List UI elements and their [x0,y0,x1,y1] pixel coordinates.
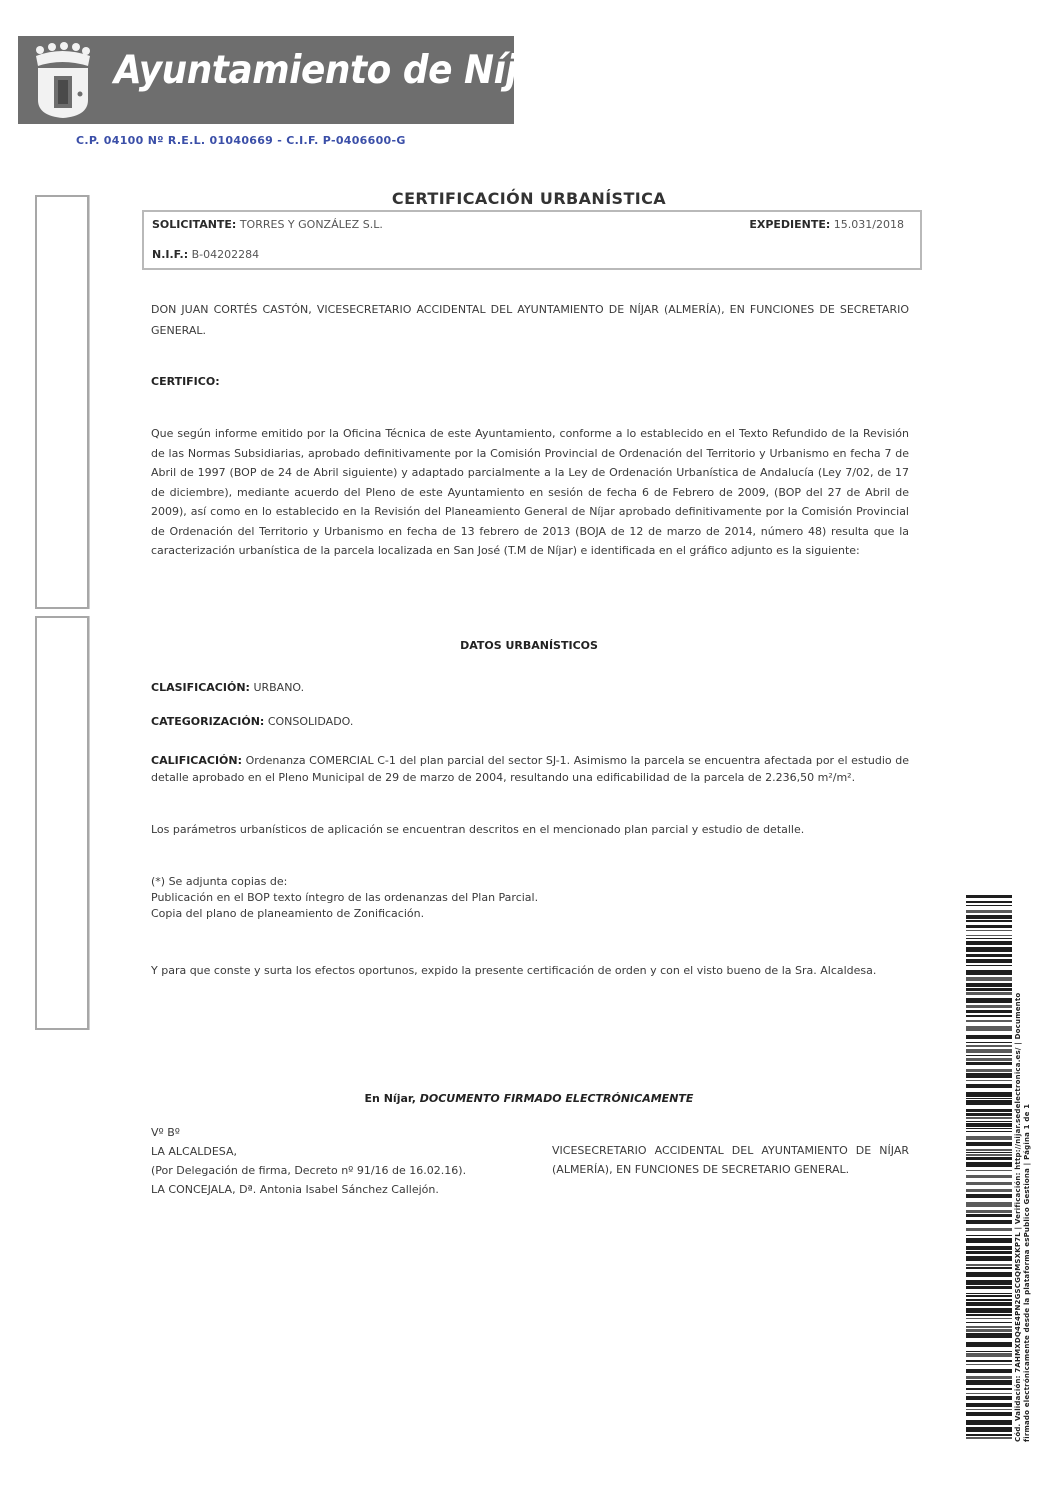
signer-role: LA ALCALDESA, [151,1142,531,1161]
intro-paragraph: DON JUAN CORTÉS CASTÓN, VICESECRETARIO A… [151,299,909,341]
delegation-note: (Por Delegación de firma, Decreto nº 91/… [151,1161,531,1180]
categorizacion-value: CONSOLIDADO. [268,715,354,728]
organization-name: Ayuntamiento de Níjar [114,48,558,93]
barcode-icon [966,895,1012,1443]
attachment-item: Copia del plano de planeamiento de Zonif… [151,906,909,922]
signature-left: Vº Bº LA ALCALDESA, (Por Delegación de f… [151,1123,531,1199]
calificacion-value: Ordenanza COMERCIAL C-1 del plan parcial… [151,754,909,784]
attachments-heading: (*) Se adjunta copias de: [151,874,909,890]
categorizacion-row: CATEGORIZACIÓN: CONSOLIDADO. [151,712,909,732]
closing-paragraph: Y para que conste y surta los efectos op… [151,962,909,980]
nif-label: N.I.F.: [152,248,188,261]
clasificacion-value: URBANO. [253,681,304,694]
registry-line: C.P. 04100 Nº R.E.L. 01040669 - C.I.F. P… [76,134,406,147]
nif-row: N.I.F.: B-04202284 [152,248,259,261]
signature-right: VICESECRETARIO ACCIDENTAL DEL AYUNTAMIEN… [552,1141,909,1179]
calificacion-row: CALIFICACIÓN: Ordenanza COMERCIAL C-1 de… [151,752,909,786]
solicitante-label: SOLICITANTE: [152,218,236,231]
clasificacion-label: CLASIFICACIÓN: [151,681,250,694]
applicant-info-box: SOLICITANTE: TORRES Y GONZÁLEZ S.L. EXPE… [142,210,922,270]
place-text: En Níjar, [365,1092,416,1105]
solicitante-value: TORRES Y GONZÁLEZ S.L. [240,218,383,231]
expediente-row: EXPEDIENTE: 15.031/2018 [749,218,904,231]
parametros-paragraph: Los parámetros urbanísticos de aplicació… [151,820,909,840]
organization-logo-banner: Ayuntamiento de Níjar [18,36,514,124]
certifico-heading: CERTIFICO: [151,372,909,392]
electronic-signature-note: DOCUMENTO FIRMADO ELECTRÓNICAMENTE [420,1092,694,1105]
nif-value: B-04202284 [192,248,260,261]
calificacion-label: CALIFICACIÓN: [151,754,242,767]
margin-box-bottom [35,616,89,1030]
main-paragraph: Que según informe emitido por la Oficina… [151,424,909,561]
attachments-list: (*) Se adjunta copias de: Publicación en… [151,874,909,922]
verification-side-text: Cód. Validación: 7AHMXDQ4E4PN2GSCGQMSXKP… [1014,990,1040,1442]
margin-box-top [35,195,89,609]
expediente-value: 15.031/2018 [834,218,904,231]
clasificacion-row: CLASIFICACIÓN: URBANO. [151,678,909,698]
signer-name: LA CONCEJALA, Dª. Antonia Isabel Sánchez… [151,1180,531,1199]
visto-bueno: Vº Bº [151,1123,531,1142]
datos-urbanisticos-heading: DATOS URBANÍSTICOS [0,639,1058,652]
expediente-label: EXPEDIENTE: [749,218,830,231]
categorizacion-label: CATEGORIZACIÓN: [151,715,264,728]
verification-code-text: Cód. Validación: 7AHMXDQ4E4PN2GSCGQMSXKP… [1014,990,1032,1442]
document-title: CERTIFICACIÓN URBANÍSTICA [0,189,1058,208]
solicitante-row: SOLICITANTE: TORRES Y GONZÁLEZ S.L. [152,218,383,231]
attachment-item: Publicación en el BOP texto íntegro de l… [151,890,909,906]
municipal-crest-icon [30,42,94,120]
signature-place-line: En Níjar, DOCUMENTO FIRMADO ELECTRÓNICAM… [0,1092,1058,1105]
